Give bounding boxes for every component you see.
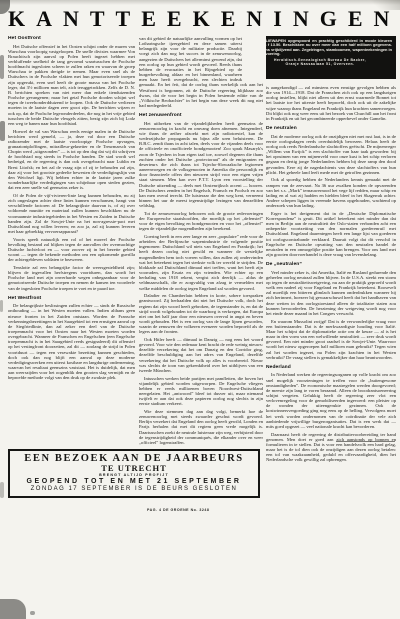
paragraph: Of de Polen de vijf-rivieren-linie lang …	[8, 193, 135, 234]
scan-artifact	[0, 482, 4, 498]
page-footer: PAG. 4 DE GROENE No. 3248	[147, 508, 209, 512]
ad-jaarbeurs: EEN BEZOEK AAN DE JAARBEURS TE UTRECHT B…	[8, 449, 260, 498]
paragraph: In Nederland werken de regeeringsorganen…	[266, 372, 396, 429]
ad-familiewapen-text: UW FAMILIEWAPEN opgespoord en prachtig g…	[266, 39, 392, 57]
scan-artifact	[0, 55, 4, 79]
column-right: UW FAMILIEWAPEN opgespoord en prachtig g…	[266, 36, 396, 500]
scan-artifact	[0, 599, 26, 619]
paragraph: Tot de zenuwenoorlog behooren ook de gro…	[139, 211, 263, 232]
paragraph: Tenslotte zal een belangrijke factor de …	[8, 265, 135, 291]
paragraph: is aangekondigd — zal minstens even erns…	[266, 85, 396, 121]
section-heading-westfront: Het Westfront	[8, 296, 135, 301]
ad-jaarbeurs-subtitle: TE UTRECHT	[10, 464, 258, 473]
paragraph: Dat de moderne oorlog ook de onzijdigen …	[266, 134, 396, 175]
section-heading-neutralen-2: De „neutralen”	[266, 262, 396, 267]
section-heading-oostfront: Het Oostfront	[8, 36, 135, 41]
paragraph: Wie deze stemmen dag aan dag volgt, beme…	[139, 409, 263, 445]
paragraph: En waarom Mussolini zwijgt! Dat is de ve…	[266, 319, 396, 360]
section-heading-zenuwenfront: Het zenuwenfront	[139, 113, 263, 118]
section-heading-nederland: Nederland	[266, 365, 396, 370]
newspaper-page: KANTTEEKENINGEN Het Oostfront Het Duitsc…	[0, 0, 400, 619]
scan-artifact	[30, 611, 35, 615]
paragraph: Intusschen werken beide partijen met pam…	[139, 376, 263, 407]
paragraph: Veel minder zeker is, dat Amerika, Itali…	[266, 270, 396, 316]
paragraph: Erger is het dreigement dat in de „Deuts…	[266, 211, 396, 257]
ad-jaarbeurs-title: EEN BEZOEK AAN DE JAARBEURS	[10, 453, 258, 464]
page-title: KANTTEEKENINGEN	[0, 6, 400, 32]
paragraph: Daarnaast heeft de regeering de distribu…	[266, 432, 396, 463]
scan-artifact	[0, 0, 400, 5]
ad-familiewapen-address: Oranje Nassaulaan 51, Overveen.	[266, 62, 392, 66]
column-middle: van dit gebied de natuurlijke aanvulling…	[139, 36, 263, 446]
ad-jaarbeurs-closed-line: ZONDAG 17 SEPTEMBER IS DE BEURS GESLOTEN	[10, 486, 258, 493]
ad-wrap-spacer	[242, 36, 263, 82]
paragraph: Daladier en Chamberlain hebben in korte,…	[139, 293, 263, 334]
ad-familiewapen: UW FAMILIEWAPEN opgespoord en prachtig g…	[266, 36, 396, 79]
paragraph: Ook Hitler heeft — ditmaal in Danzig — n…	[139, 337, 263, 373]
paragraph: Het Duitsche offensief in het Oosten sch…	[8, 44, 135, 127]
scan-artifact	[0, 300, 3, 312]
section-heading-neutralen: De neutralen	[266, 126, 396, 131]
column-left: Het Oostfront Het Duitsche offensief in …	[8, 36, 135, 446]
scan-artifact	[0, 121, 5, 141]
paragraph: Goering heeft in een zeer lange en zeer …	[139, 234, 263, 291]
ad-jaarbeurs-slogan: BRENGT ALTIJD PROFIJT	[10, 473, 258, 477]
paragraph: Ook al spoedig hebben de Nederlanders ke…	[266, 177, 396, 208]
paragraph: Hoewel de val van Warschau reeds eenige …	[8, 129, 135, 191]
paragraph: Het uitbreken van de vijandelijkheden he…	[139, 121, 263, 209]
paragraph: Voorts speelt natuurlijk een rol of het …	[8, 237, 135, 263]
paragraph: De belangrijkste beslissingen zullen ech…	[8, 303, 135, 380]
ad-jaarbeurs-open-line: GEOPEND TOT EN MET 21 SEPTEMBER	[10, 478, 258, 486]
